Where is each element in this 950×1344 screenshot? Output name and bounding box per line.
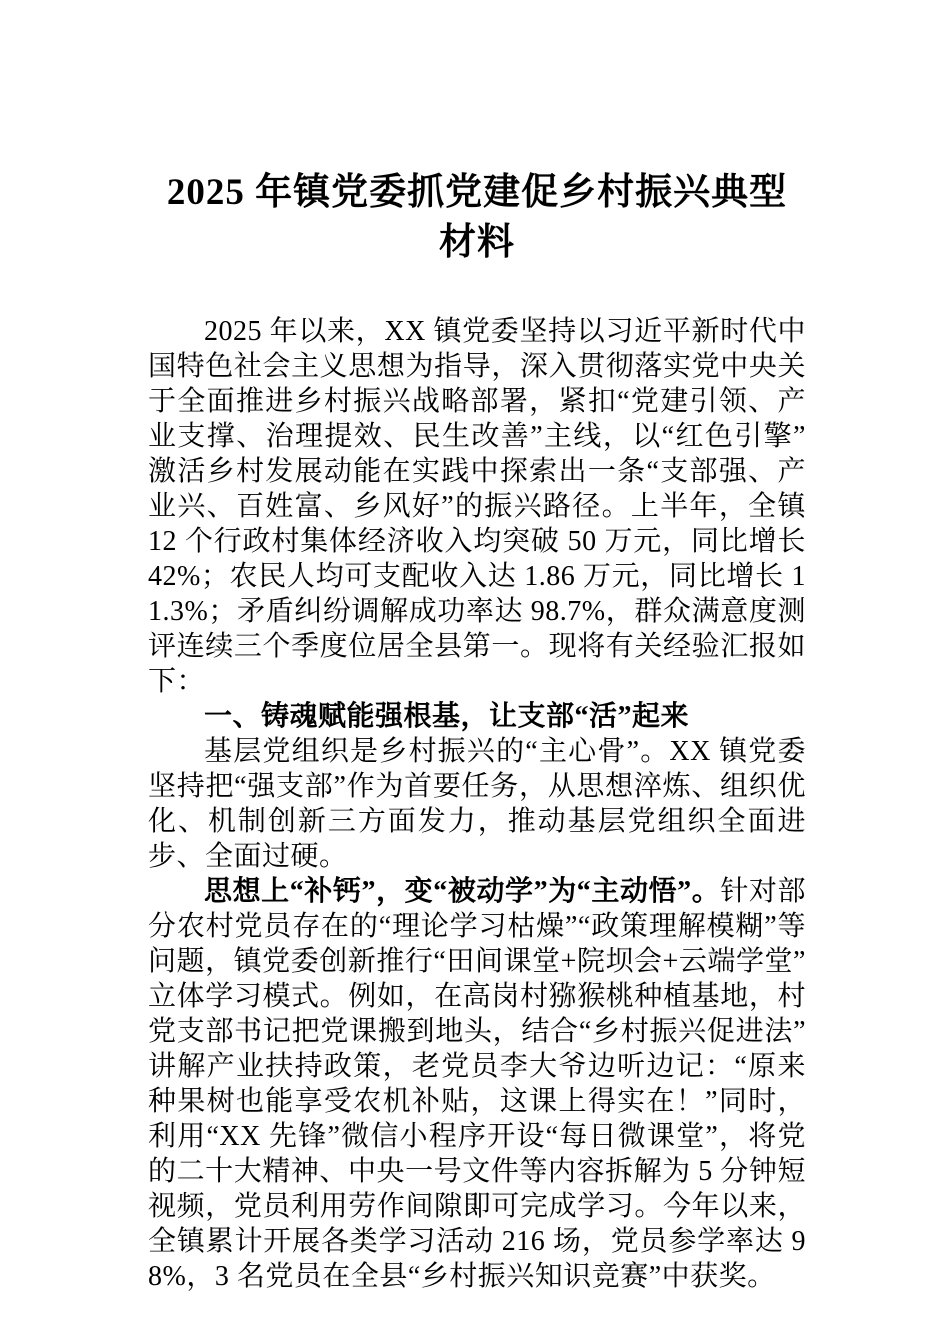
document-page: 2025 年镇党委抓党建促乡村振兴典型材料 2025 年以来，XX 镇党委坚持以… <box>0 0 950 1344</box>
document-content: 2025 年镇党委抓党建促乡村振兴典型材料 2025 年以来，XX 镇党委坚持以… <box>148 168 806 1294</box>
paragraph-lead-sentence: 思想上“补钙”，变“被动学”为“主动悟”。 <box>204 876 720 907</box>
page-number: 1 <box>0 1186 950 1218</box>
paragraph-intro: 2025 年以来，XX 镇党委坚持以习近平新时代中国特色社会主义思想为指导，深入… <box>148 314 806 699</box>
paragraph-body-text: 针对部分农村党员存在的“理论学习枯燥”“政策理解模糊”等问题，镇党委创新推行“田… <box>148 876 806 1292</box>
paragraph-section1-detail: 思想上“补钙”，变“被动学”为“主动悟”。针对部分农村党员存在的“理论学习枯燥”… <box>148 874 806 1294</box>
section-heading-1: 一、铸魂赋能强根基，让支部“活”起来 <box>148 699 806 734</box>
paragraph-section1-overview: 基层党组织是乡村振兴的“主心骨”。XX 镇党委坚持把“强支部”作为首要任务，从思… <box>148 734 806 874</box>
document-title: 2025 年镇党委抓党建促乡村振兴典型材料 <box>148 168 806 268</box>
